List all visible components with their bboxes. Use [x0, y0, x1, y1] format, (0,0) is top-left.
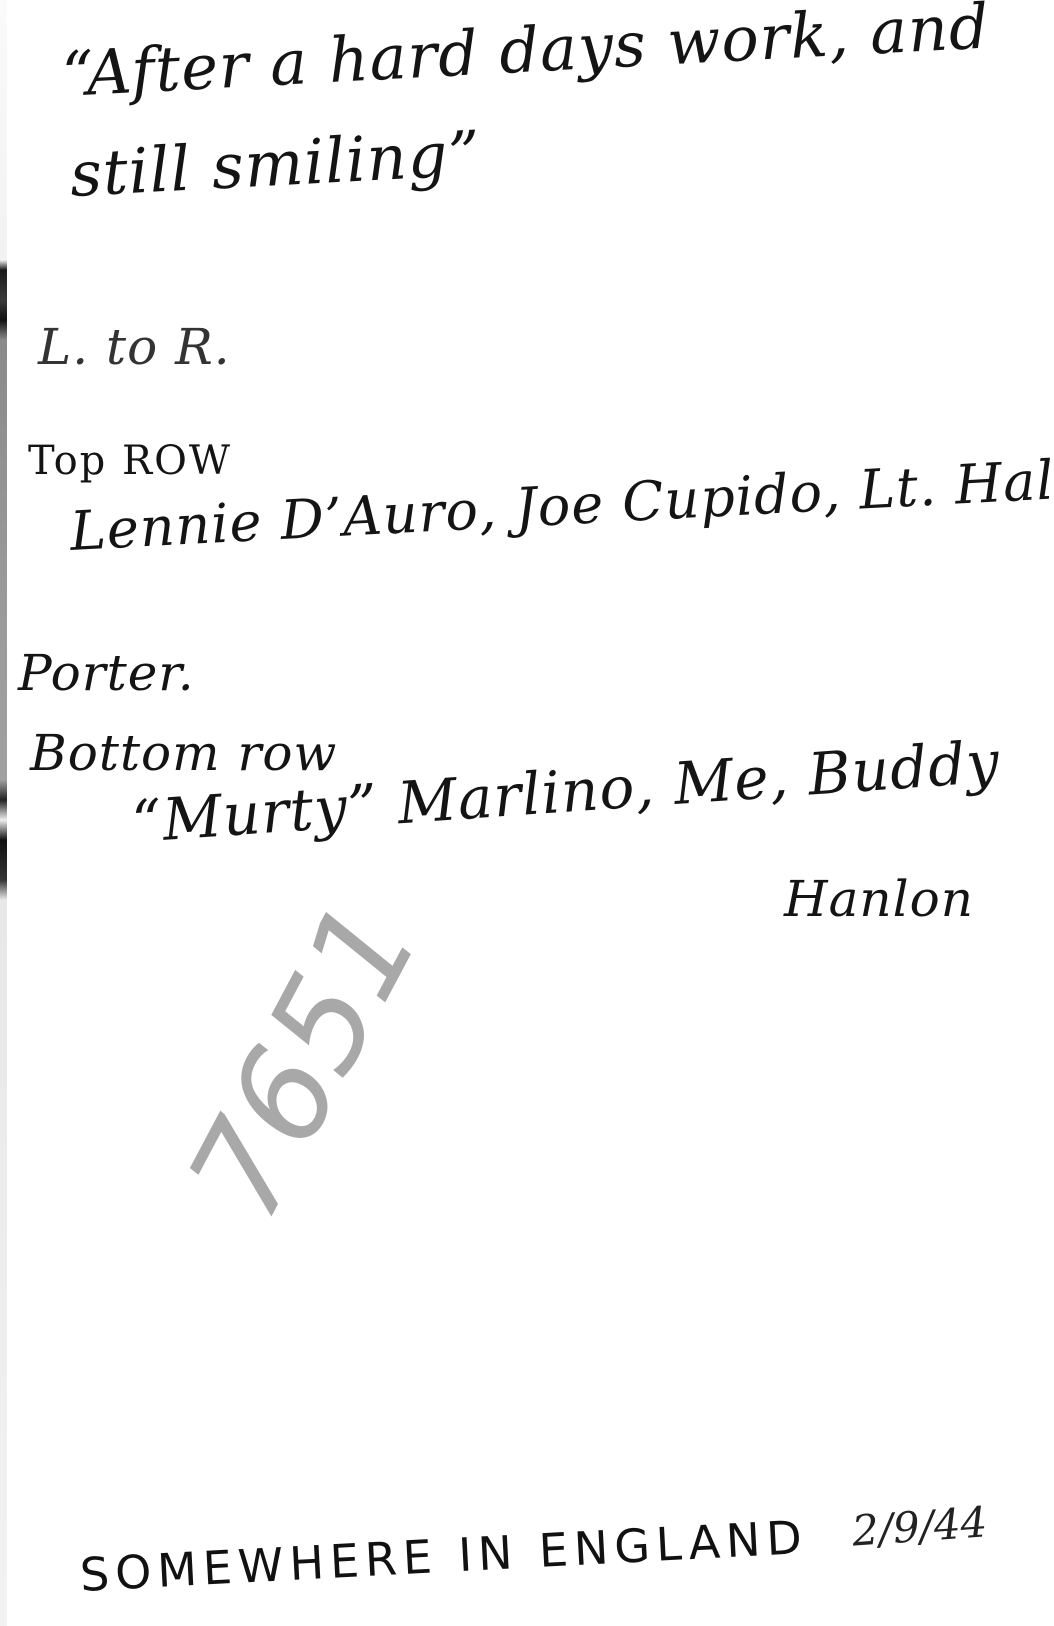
location-text: SOMEWHERE IN ENGLAND	[79, 1510, 809, 1602]
date-text: 2/9/44	[850, 1497, 988, 1555]
caption-line-2: still smiling”	[68, 117, 483, 211]
caption-line-1: “After a hard days work, and	[60, 0, 991, 111]
top-row-names-continued: Porter.	[18, 644, 195, 702]
bottom-row-names-continued: Hanlon	[784, 870, 974, 928]
top-row-heading: Top ROW	[28, 438, 232, 484]
bottom-row-heading: Bottom row	[30, 724, 337, 782]
order-note: L. to R.	[38, 318, 231, 376]
scan-edge-border	[0, 0, 7, 1626]
pencil-number-mark: 7651	[159, 878, 449, 1241]
